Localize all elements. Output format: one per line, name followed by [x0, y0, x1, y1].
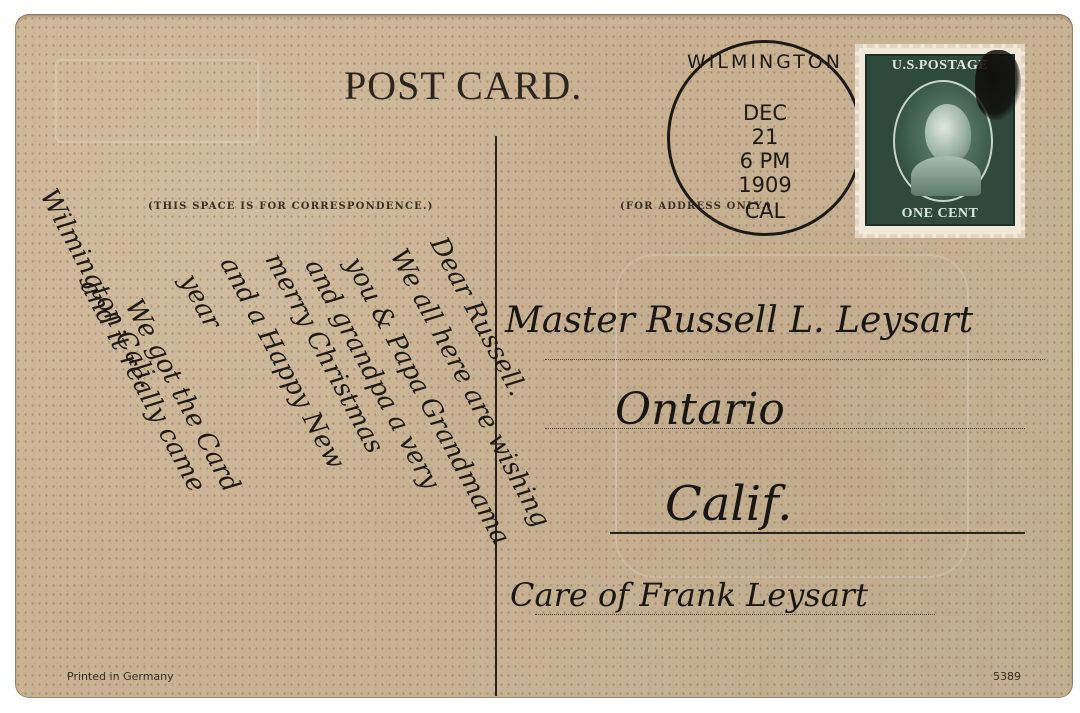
address-line-4 [535, 614, 935, 615]
postmark-state: CAL [670, 199, 860, 223]
printer-note: Printed in Germany [67, 670, 174, 683]
postmark-city: WILMINGTON [670, 51, 860, 73]
address-care-of: Care of Frank Leysart [510, 576, 868, 614]
postmark-month: DEC [670, 101, 860, 125]
postmark-day: 21 [670, 125, 860, 149]
postcard-title: POST CARD. [344, 62, 582, 109]
postmark-year: 1909 [670, 173, 860, 197]
portrait-body [911, 156, 981, 196]
address-line-3 [610, 532, 1025, 534]
address-recipient: Master Russell L. Leysart [505, 300, 973, 341]
stamp-bottom-text: ONE CENT [867, 206, 1013, 222]
postmark-time: 6 PM [670, 149, 860, 173]
handwritten-message: Dear Russell. We all here are wishing yo… [35, 184, 505, 684]
message-line: year [174, 269, 228, 334]
address-city: Ontario [615, 384, 785, 435]
message-line: Wilmington Cali. [34, 184, 164, 393]
cancellation-mark [975, 50, 1021, 120]
portrait-head [925, 104, 971, 162]
card-number: 5389 [993, 670, 1021, 683]
address-state: Calif. [665, 476, 792, 532]
embossed-border-left [55, 59, 259, 143]
postmark: WILMINGTON DEC 21 6 PM 1909 CAL [667, 40, 863, 236]
address-line-1 [545, 359, 1045, 360]
